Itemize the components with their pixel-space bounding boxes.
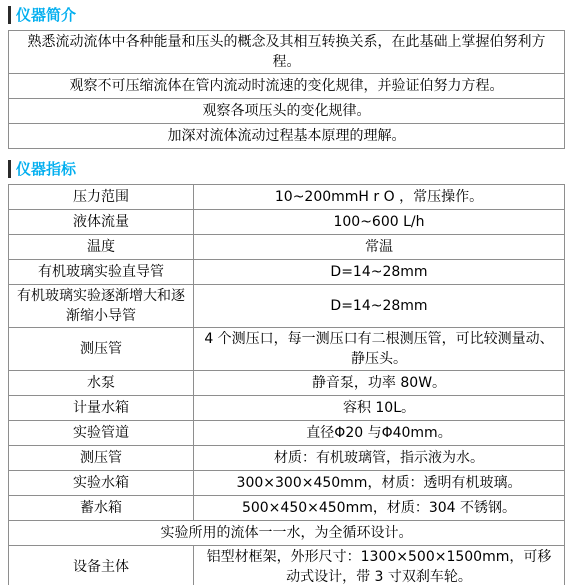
spec-fullwidth-cell: 实验所用的流体一一水，为全循环设计。 <box>9 521 565 546</box>
spec-row: 实验管道 直径Φ20 与Φ40mm。 <box>9 421 565 446</box>
spec-value-cell: 材质：有机玻璃管，指示液为水。 <box>194 446 565 471</box>
spec-label-cell: 测压管 <box>9 446 194 471</box>
spec-label-cell: 蓄水箱 <box>9 496 194 521</box>
spec-value-cell: 10~200mmH r O ，常压操作。 <box>194 185 565 210</box>
spec-value-cell: 直径Φ20 与Φ40mm。 <box>194 421 565 446</box>
spec-value-cell: 容积 10L。 <box>194 396 565 421</box>
spec-label-cell: 测压管 <box>9 328 194 371</box>
intro-cell: 熟悉流动流体中各种能量和压头的概念及其相互转换关系，在此基础上掌握伯努利方程。 <box>9 31 565 74</box>
spec-row: 蓄水箱 500×450×450mm，材质：304 不锈钢。 <box>9 496 565 521</box>
spec-label-cell: 实验管道 <box>9 421 194 446</box>
spec-row: 温度 常温 <box>9 235 565 260</box>
spec-label-cell: 设备主体 <box>9 546 194 585</box>
spec-row: 压力范围 10~200mmH r O ，常压操作。 <box>9 185 565 210</box>
intro-row: 观察不可压缩流体在管内流动时流速的变化规律，并验证伯努力方程。 <box>9 74 565 99</box>
page: 仪器简介 熟悉流动流体中各种能量和压头的概念及其相互转换关系，在此基础上掌握伯努… <box>0 0 572 585</box>
intro-row: 熟悉流动流体中各种能量和压头的概念及其相互转换关系，在此基础上掌握伯努利方程。 <box>9 31 565 74</box>
intro-cell: 观察不可压缩流体在管内流动时流速的变化规律，并验证伯努力方程。 <box>9 74 565 99</box>
specs-table: 压力范围 10~200mmH r O ，常压操作。 液体流量 100~600 L… <box>8 184 565 585</box>
spec-row: 计量水箱 容积 10L。 <box>9 396 565 421</box>
spec-row: 测压管 4 个测压口，每一测压口有二根测压管，可比较测量动、静压头。 <box>9 328 565 371</box>
spec-label-cell: 计量水箱 <box>9 396 194 421</box>
spec-value-cell: 常温 <box>194 235 565 260</box>
spec-row: 水泵 静音泵，功率 80W。 <box>9 371 565 396</box>
spec-label-cell: 有机玻璃实验逐渐增大和逐渐缩小导管 <box>9 285 194 328</box>
spec-row-merged: 实验所用的流体一一水，为全循环设计。 <box>9 521 565 546</box>
spec-row: 有机玻璃实验直导管 D=14~28mm <box>9 260 565 285</box>
spec-label-cell: 实验水箱 <box>9 471 194 496</box>
spec-value-cell: 300×300×450mm，材质：透明有机玻璃。 <box>194 471 565 496</box>
section-title-specs: 仪器指标 <box>8 160 572 178</box>
spec-value-cell: 4 个测压口，每一测压口有二根测压管，可比较测量动、静压头。 <box>194 328 565 371</box>
spec-row: 有机玻璃实验逐渐增大和逐渐缩小导管 D=14~28mm <box>9 285 565 328</box>
spec-value-cell: 100~600 L/h <box>194 210 565 235</box>
spec-row: 设备主体 铝型材框架，外形尺寸：1300×500×1500mm，可移动式设计，带… <box>9 546 565 585</box>
intro-row: 加深对流体流动过程基本原理的理解。 <box>9 124 565 149</box>
intro-cell: 观察各项压头的变化规律。 <box>9 99 565 124</box>
spec-label-cell: 水泵 <box>9 371 194 396</box>
spec-label-cell: 有机玻璃实验直导管 <box>9 260 194 285</box>
spec-label-cell: 液体流量 <box>9 210 194 235</box>
spec-row: 测压管 材质：有机玻璃管，指示液为水。 <box>9 446 565 471</box>
section-title-intro: 仪器简介 <box>8 6 572 24</box>
intro-cell: 加深对流体流动过程基本原理的理解。 <box>9 124 565 149</box>
spec-row: 液体流量 100~600 L/h <box>9 210 565 235</box>
spec-value-cell: D=14~28mm <box>194 285 565 328</box>
spec-row: 实验水箱 300×300×450mm，材质：透明有机玻璃。 <box>9 471 565 496</box>
spec-label-cell: 压力范围 <box>9 185 194 210</box>
spec-value-cell: 500×450×450mm，材质：304 不锈钢。 <box>194 496 565 521</box>
intro-row: 观察各项压头的变化规律。 <box>9 99 565 124</box>
spec-value-cell: 铝型材框架，外形尺寸：1300×500×1500mm，可移动式设计，带 3 寸双… <box>194 546 565 585</box>
spec-label-cell: 温度 <box>9 235 194 260</box>
spec-value-cell: D=14~28mm <box>194 260 565 285</box>
spec-value-cell: 静音泵，功率 80W。 <box>194 371 565 396</box>
intro-table: 熟悉流动流体中各种能量和压头的概念及其相互转换关系，在此基础上掌握伯努利方程。 … <box>8 30 565 149</box>
